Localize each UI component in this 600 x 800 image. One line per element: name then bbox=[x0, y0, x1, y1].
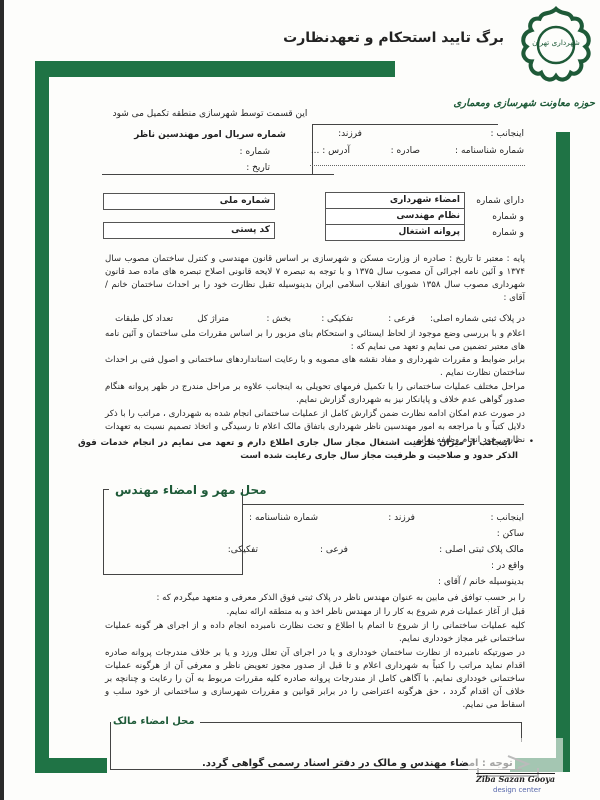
all-ops-paragraph: کلیه عملیات ساختمانی را از شروع تا اتمام… bbox=[105, 620, 525, 646]
engineer-stamp-area[interactable] bbox=[103, 489, 243, 575]
watermark-subtitle: design center bbox=[493, 786, 541, 794]
municipality-number-field[interactable]: شماره : bbox=[240, 146, 270, 159]
address-dotted-line bbox=[310, 160, 525, 166]
owner-signature-label: محل امضاء مالک bbox=[113, 716, 195, 727]
stages-paragraph: مراحل مختلف عملیات ساختمانی را با تکمیل … bbox=[105, 381, 525, 407]
municipality-note: این قسمت توسط شهرسازی منطقه تکمیل می شود bbox=[110, 109, 310, 119]
owner-resident-field[interactable]: ساکن : bbox=[497, 528, 524, 541]
capacity-paragraph: - اینجانب از میزان ظرفیت اشتغال مجاز سال… bbox=[78, 437, 518, 463]
has-number-label: دارای شماره bbox=[476, 195, 524, 208]
standards-paragraph: برابر ضوابط و مقررات شهرداری و مفاد نقشه… bbox=[105, 354, 525, 380]
municipality-date-field[interactable]: تاریخ : bbox=[246, 162, 270, 175]
tehran-municipality-logo-icon: شهرداری تهران bbox=[515, 4, 597, 86]
plaque-main-field[interactable]: در پلاک ثبتی شماره اصلی: bbox=[415, 314, 525, 324]
and-number-label: و شماره bbox=[492, 227, 524, 240]
issued-from-field[interactable]: صادره : bbox=[391, 145, 420, 158]
scan-edge bbox=[0, 0, 4, 800]
municipality-signature-box[interactable]: امضاء شهرداری bbox=[325, 192, 465, 209]
owner-father-field[interactable]: فرزند : bbox=[388, 512, 415, 525]
in-case-paragraph: در صورتیکه نامبرده از نظارت ساختمان خودد… bbox=[105, 647, 525, 712]
work-license-box[interactable]: پروانه اشتغال bbox=[325, 224, 465, 241]
owner-sub-field[interactable]: فرعی : bbox=[320, 544, 348, 557]
stamp-box-corner bbox=[103, 489, 109, 490]
plaque-separate-field[interactable]: تفکیکی : bbox=[291, 314, 353, 324]
bullet-icon: • bbox=[529, 437, 534, 447]
frame-right-bar bbox=[556, 132, 570, 772]
engineering-system-box[interactable]: نظام مهندسی bbox=[325, 208, 465, 225]
national-id-box[interactable]: شماره ملی bbox=[103, 193, 275, 210]
engineer-stamp-label: محل مهر و امضاء مهندس bbox=[115, 483, 267, 497]
owner-separate-field[interactable]: تفکیکی: bbox=[228, 544, 258, 557]
address-field[interactable]: آدرس : ... bbox=[311, 145, 350, 158]
owner-box-top-line bbox=[200, 722, 522, 723]
id-number-field[interactable]: شماره شناسنامه : bbox=[455, 145, 524, 158]
basis-paragraph: پایه : معتبر تا تاریخ : صادره از وزارت م… bbox=[105, 253, 525, 305]
owner-located-field[interactable]: واقع در : bbox=[491, 560, 524, 573]
applicant-name-field[interactable]: اینجانب : bbox=[490, 128, 524, 141]
announce-paragraph: اعلام و با بررسی وضع موجود از لحاظ ایستا… bbox=[105, 328, 525, 354]
owner-plaque-field[interactable]: مالک پلاک ثبتی اصلی : bbox=[439, 544, 524, 557]
postal-code-box[interactable]: کد پستی bbox=[103, 222, 275, 239]
plaque-sub-field[interactable]: فرعی : bbox=[353, 314, 415, 324]
svg-text:شهرداری تهران: شهرداری تهران bbox=[532, 38, 580, 47]
father-name-field[interactable]: فرزند: bbox=[338, 128, 362, 141]
watermark-brand: Ziba Sazan Gooya bbox=[476, 773, 555, 784]
box-top-line bbox=[312, 124, 498, 125]
and-number-label: و شماره bbox=[492, 211, 524, 224]
plaque-fields-row: در پلاک ثبتی شماره اصلی: فرعی : تفکیکی :… bbox=[105, 314, 525, 324]
before-paragraph: قبل از آغاز عملیات فرم شروع به کار را از… bbox=[105, 606, 525, 619]
total-floors-field[interactable]: تعداد کل طبقات bbox=[105, 314, 173, 324]
department-subtitle: حوزه معاونت شهرسازی ومعماری bbox=[453, 98, 595, 109]
section-separator bbox=[242, 504, 524, 505]
agree-paragraph: را بر حسب توافق فی مابین به عنوان مهندس … bbox=[105, 592, 525, 605]
owner-name-field[interactable]: اینجانب : bbox=[490, 512, 524, 525]
frame-top-bar bbox=[35, 61, 395, 77]
owner-via-field[interactable]: بدینوسیله خانم / آقای : bbox=[438, 576, 524, 589]
form-title: برگ تایید استحکام و تعهدنظارت bbox=[283, 30, 504, 46]
owner-id-field[interactable]: شماره شناسنامه : bbox=[249, 512, 318, 525]
total-area-field[interactable]: متراژ کل bbox=[173, 314, 229, 324]
frame-bottom-bar bbox=[35, 758, 107, 773]
serial-title: شماره سریال امور مهندسین ناظر bbox=[120, 130, 300, 140]
section-field[interactable]: بخش : bbox=[229, 314, 291, 324]
frame-left-bar bbox=[35, 61, 49, 773]
